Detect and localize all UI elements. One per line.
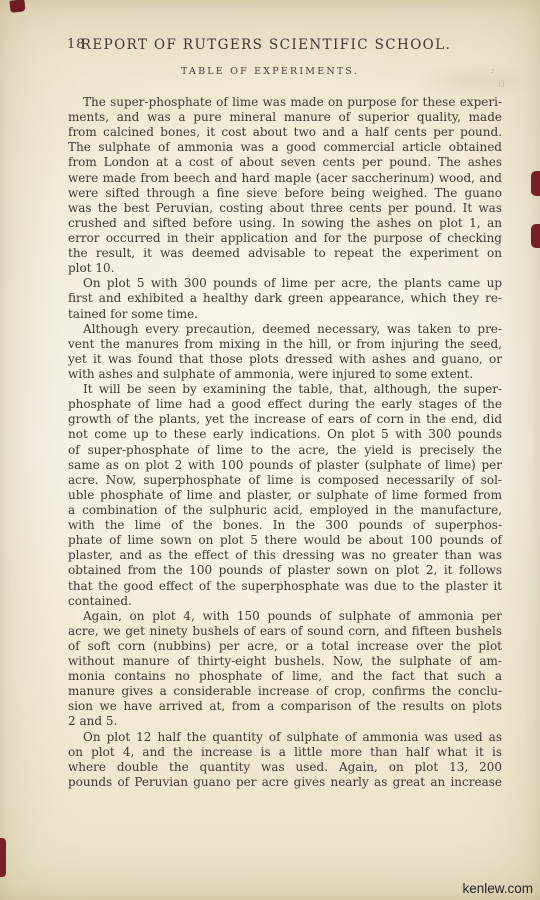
section-heading: TABLE OF EXPERIMENTS. <box>0 66 540 77</box>
text-line: yet it was found that those plots dresse… <box>68 352 502 367</box>
text-line: phate of lime sown on plot 5 there would… <box>68 533 502 548</box>
body-paragraph: On plot 12 half the quantity of sulphate… <box>68 730 502 790</box>
text-line: contained. <box>68 594 502 609</box>
text-line: crushed and sifted before using. In sowi… <box>68 216 502 231</box>
text-line: without manure of thirty-eight bushels. … <box>68 654 502 669</box>
text-line: ments, and was a pure mineral manure of … <box>68 110 502 125</box>
text-line: growth of the plants, yet the increase o… <box>68 412 502 427</box>
text-line: plot 10. <box>68 261 502 276</box>
text-line: with the lime of the bones. In the 300 p… <box>68 518 502 533</box>
text-line: Although every precaution, deemed necess… <box>68 322 502 337</box>
text-line: It will be seen by examining the table, … <box>68 382 502 397</box>
text-line: with ashes and sulphate of ammonia, were… <box>68 367 502 382</box>
text-line: 2 and 5. <box>68 714 502 729</box>
text-line: of super-phosphate of lime to the acre, … <box>68 443 502 458</box>
text-line: The sulphate of ammonia was a good comme… <box>68 140 502 155</box>
text-line: were made from beech and hard maple (ace… <box>68 171 502 186</box>
text-line: of soft corn (nubbins) per acre, or a to… <box>68 639 502 654</box>
text-line: the result, it was deemed advisable to r… <box>68 246 502 261</box>
text-line: plaster, and as the effect of this dress… <box>68 548 502 563</box>
running-head: REPORT OF RUTGERS SCIENTIFIC SCHOOL. <box>0 37 532 53</box>
text-line: sion we have arrived at, from a comparis… <box>68 699 502 714</box>
text-line: acre, we get ninety bushels of ears of s… <box>68 624 502 639</box>
scanned-book-page: : il 18 REPORT OF RUTGERS SCIENTIFIC SCH… <box>0 0 540 900</box>
text-line: On plot 5 with 300 pounds of lime per ac… <box>68 276 502 291</box>
text-line: phosphate of lime had a good effect duri… <box>68 397 502 412</box>
text-line: were sifted through a fine sieve before … <box>68 186 502 201</box>
text-line: vent the manures from mixing in the hill… <box>68 337 502 352</box>
text-line: first and exhibited a healthy dark green… <box>68 291 502 306</box>
body-paragraph: On plot 5 with 300 pounds of lime per ac… <box>68 276 502 321</box>
text-line: that the good effect of the superphospha… <box>68 579 502 594</box>
text-line: same as on plot 2 with 100 pounds of pla… <box>68 458 502 473</box>
text-line: obtained from the 100 pounds of plaster … <box>68 563 502 578</box>
text-line: a combination of the sulphuric acid, emp… <box>68 503 502 518</box>
text-line: not come up to these early indications. … <box>68 427 502 442</box>
text-line: monia contains no phosphate of lime, and… <box>68 669 502 684</box>
text-line: On plot 12 half the quantity of sulphate… <box>68 730 502 745</box>
text-line: Again, on plot 4, with 150 pounds of sul… <box>68 609 502 624</box>
text-line: error occurred in their application and … <box>68 231 502 246</box>
scan-edge-mark-bottom-left <box>0 838 6 877</box>
body-paragraph: The super-phosphate of lime was made on … <box>68 95 502 276</box>
scan-edge-mark-top-left <box>9 0 25 13</box>
watermark-text: kenlew.com <box>462 881 533 896</box>
body-text: The super-phosphate of lime was made on … <box>68 95 502 790</box>
scan-edge-mark-right-upper <box>531 171 540 196</box>
body-paragraph: Although every precaution, deemed necess… <box>68 322 502 382</box>
text-line: manure gives a considerable increase of … <box>68 684 502 699</box>
text-line: on plot 4, and the increase is a little … <box>68 745 502 760</box>
pencil-mark: il <box>498 80 506 91</box>
text-line: from calcined bones, it cost about two a… <box>68 125 502 140</box>
text-line: tained for some time. <box>68 307 502 322</box>
body-paragraph: It will be seen by examining the table, … <box>68 382 502 609</box>
text-line: uble phosphate of lime and plaster, or s… <box>68 488 502 503</box>
text-line: from London at a cost of about seven cen… <box>68 155 502 170</box>
text-line: pounds of Peruvian guano per acre gives … <box>68 775 502 790</box>
text-line: was the best Peruvian, costing about thr… <box>68 201 502 216</box>
text-line: where double the quantity was used. Agai… <box>68 760 502 775</box>
scan-edge-mark-right-lower <box>531 224 540 248</box>
body-paragraph: Again, on plot 4, with 150 pounds of sul… <box>68 609 502 730</box>
text-line: The super-phosphate of lime was made on … <box>68 95 502 110</box>
text-line: acre. Now, superphosphate of lime is com… <box>68 473 502 488</box>
page-header: 18 REPORT OF RUTGERS SCIENTIFIC SCHOOL. <box>0 37 540 55</box>
